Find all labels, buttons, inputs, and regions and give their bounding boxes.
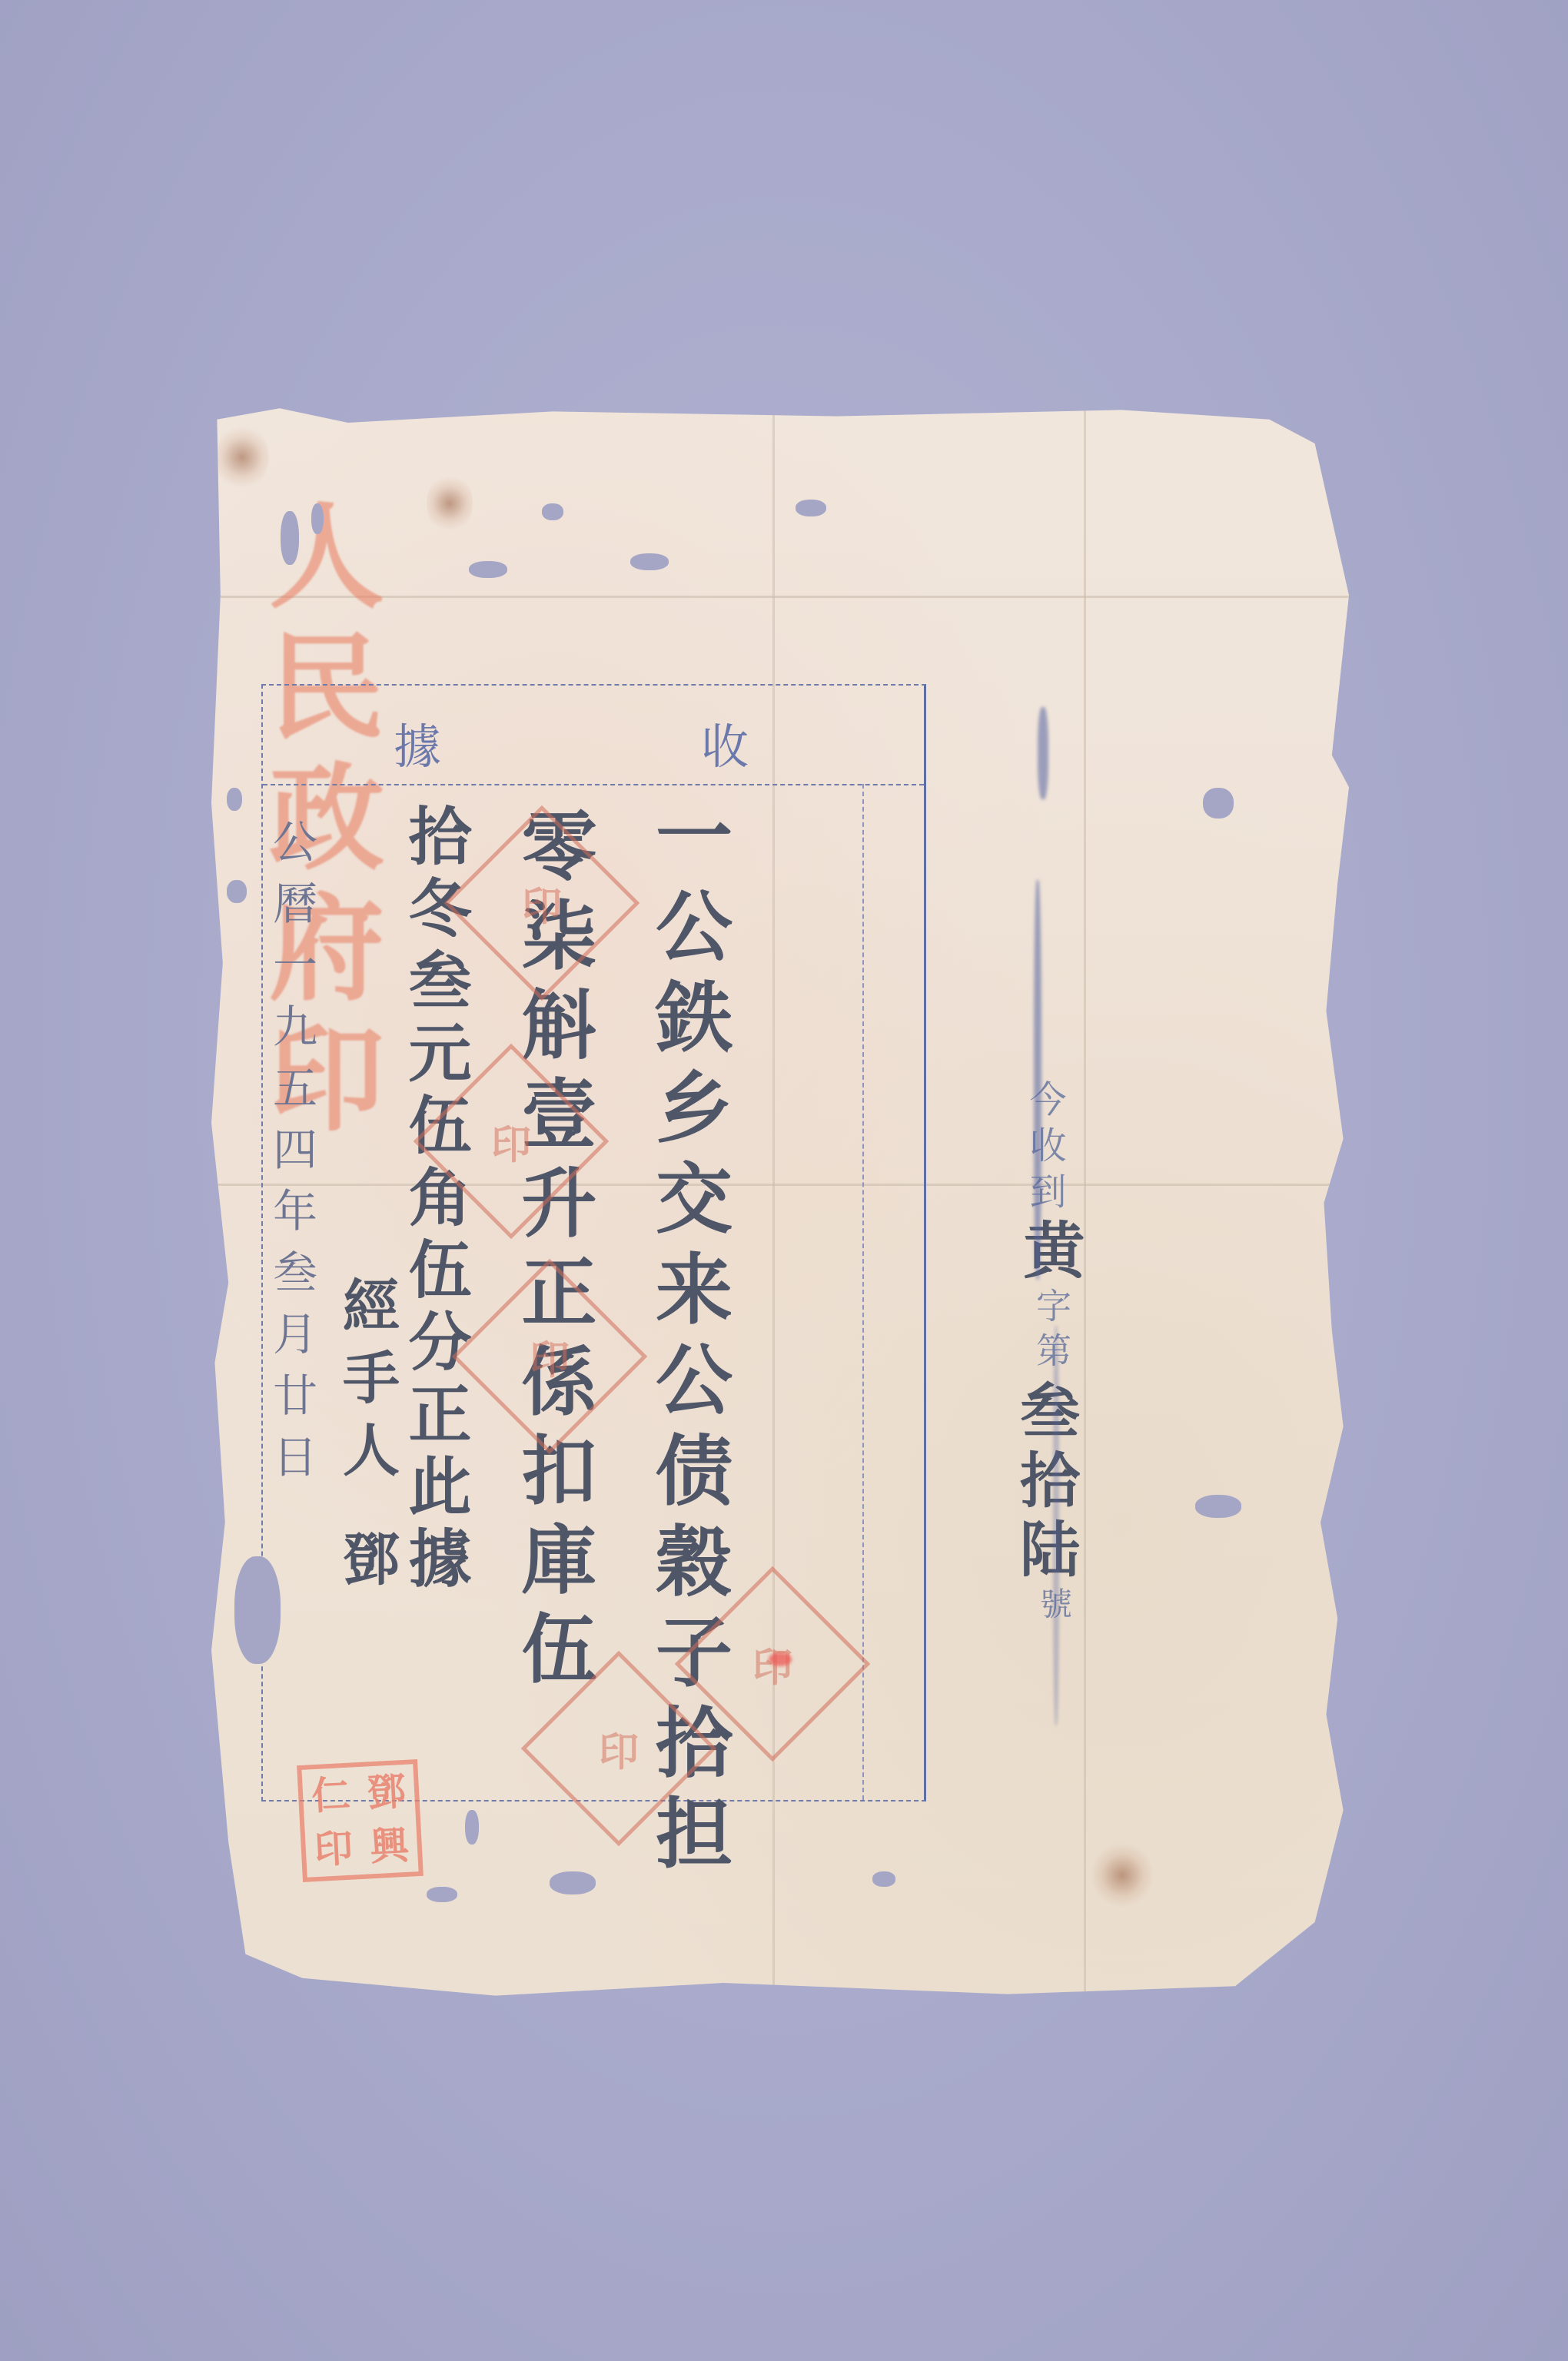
- rust-stain: [427, 473, 473, 534]
- ink-smear: [1053, 1326, 1059, 1725]
- worm-hole: [550, 1871, 596, 1894]
- worm-hole: [469, 561, 507, 578]
- receipt-paper: 人民政府印 據 收 今收到 黄 字第 叁拾陆 號 一公鉄乡交来公债穀子拾担 零柒…: [211, 403, 1349, 2002]
- serial-word: 黄: [1018, 1218, 1080, 1289]
- paper-crease: [1084, 403, 1086, 2002]
- worm-hole: [311, 503, 324, 534]
- red-ink-speck: [769, 1652, 792, 1666]
- worm-hole: [227, 788, 242, 811]
- header-char-shou: 收: [701, 709, 749, 777]
- rust-stain: [215, 423, 269, 492]
- worm-hole: [227, 880, 247, 903]
- worm-hole: [234, 1556, 281, 1664]
- worm-hole: [465, 1810, 479, 1845]
- serial-prefix: 今收到: [1026, 1080, 1063, 1218]
- handler-name-seal: 鄧 仁 興 印: [297, 1759, 424, 1882]
- header-char-ju: 據: [394, 709, 441, 777]
- rust-stain: [1091, 1841, 1153, 1910]
- worm-hole: [630, 553, 669, 570]
- handler-name: 鄧: [338, 1529, 395, 1596]
- worm-hole: [542, 503, 563, 520]
- ink-smear: [1034, 880, 1041, 1280]
- header-rule: [263, 784, 924, 785]
- serial-label: 字第: [1034, 1287, 1069, 1376]
- worm-hole: [281, 511, 299, 565]
- worm-hole: [1203, 788, 1234, 819]
- ink-smear: [1038, 707, 1048, 799]
- column-rule: [862, 784, 864, 1800]
- worm-hole: [872, 1871, 895, 1887]
- serial-number: 叁拾陆: [1015, 1380, 1075, 1587]
- worm-hole: [796, 500, 826, 516]
- handler-label: 經手人: [338, 1276, 395, 1493]
- worm-hole: [427, 1887, 457, 1902]
- amount-line: 拾冬叁元伍角伍分正此據: [404, 803, 467, 1598]
- worm-hole: [1195, 1495, 1241, 1518]
- date-line: 公曆一九五四年叁月廿日: [269, 819, 314, 1495]
